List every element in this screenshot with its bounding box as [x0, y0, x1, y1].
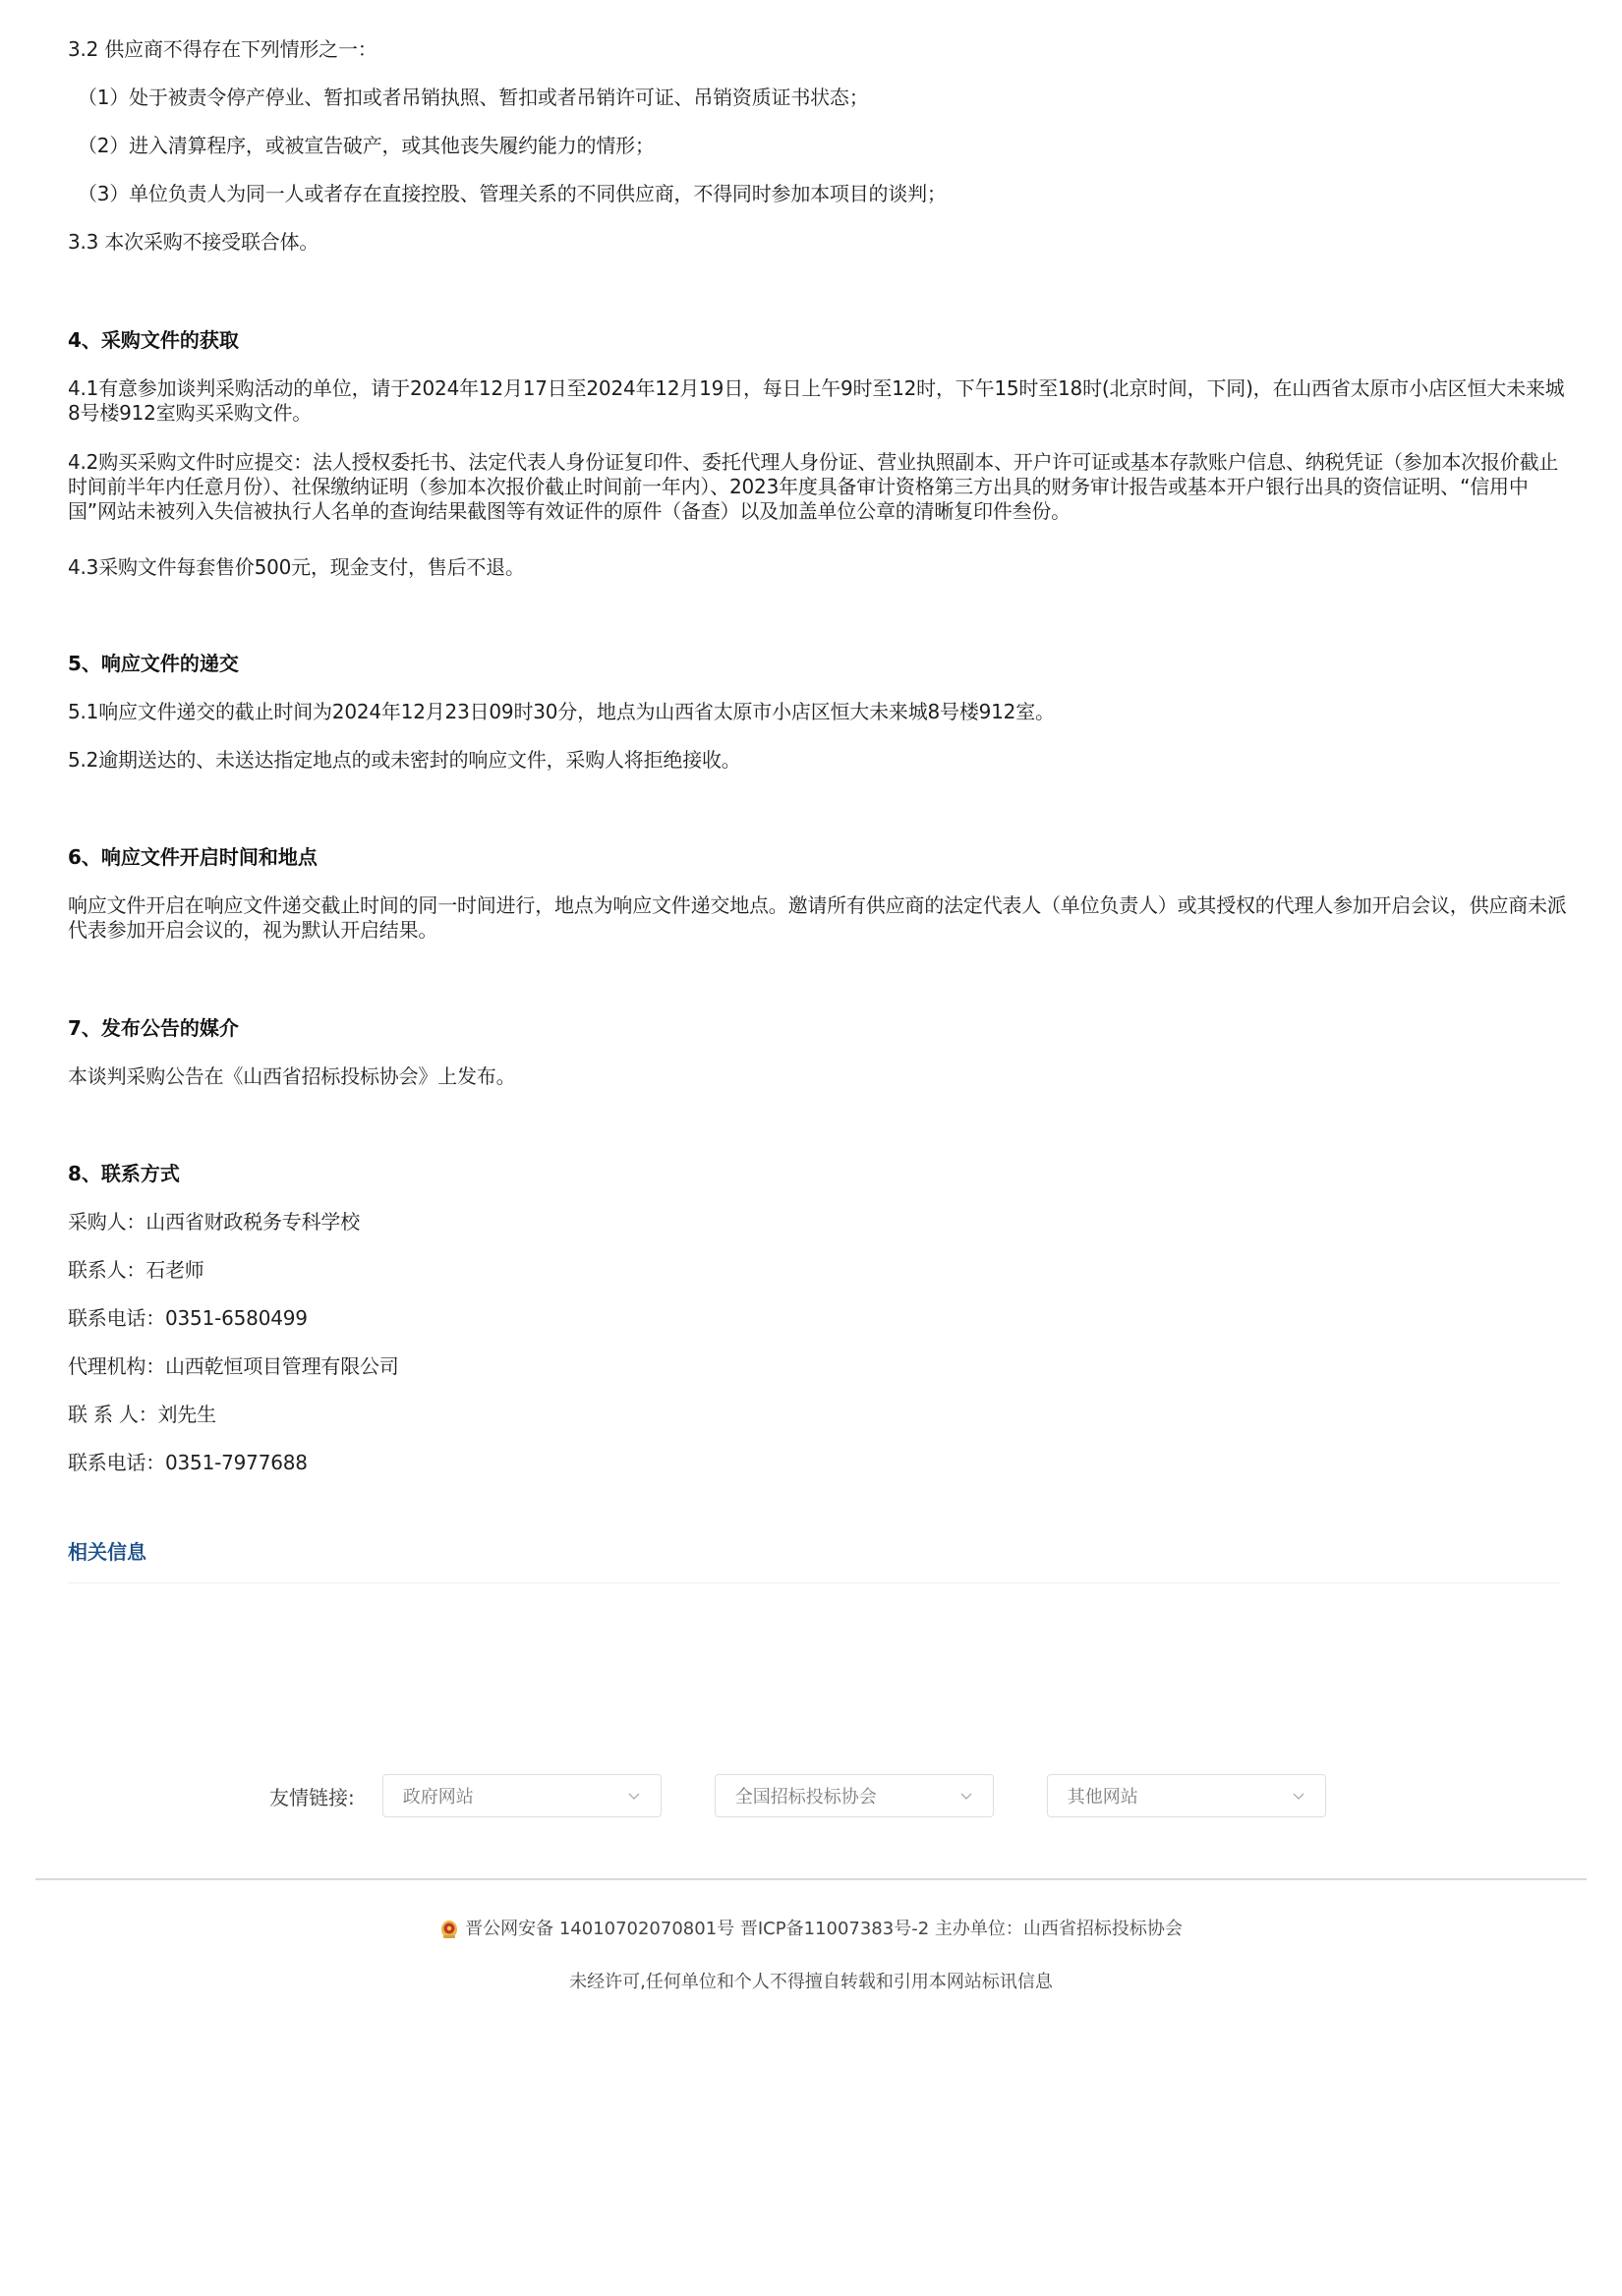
friendly-links-label: 友情链接: [269, 1782, 355, 1810]
related-info-divider [68, 1582, 1560, 1583]
footer-registration-text[interactable]: 晋公网安备 14010702070801号 晋ICP备11007383号-2 主… [465, 1917, 1183, 1942]
select-other-sites[interactable]: 其他网站 [1047, 1774, 1326, 1817]
list-item: （3）单位负责人为同一人或者存在直接控股、管理关系的不同供应商，不得同时参加本项… [78, 182, 1582, 206]
select-value: 其他网站 [1068, 1783, 1138, 1808]
contact-purchaser: 采购人：山西省财政税务专科学校 [68, 1210, 1572, 1234]
paragraph-5-1: 5.1响应文件递交的截止时间为2024年12月23日09时30分，地点为山西省太… [68, 700, 1572, 724]
select-value: 政府网站 [403, 1783, 474, 1808]
footer-divider [35, 1878, 1587, 1880]
police-badge-icon [439, 1919, 459, 1940]
chevron-down-icon [627, 1789, 641, 1803]
footer-copyright-notice: 未经许可,任何单位和个人不得擅自转载和引用本网站标讯信息 [0, 1970, 1622, 1995]
friendly-links: 友情链接: 政府网站 全国招标投标协会 其他网站 [269, 1773, 1326, 1818]
paragraph-4-1: 4.1有意参加谈判采购活动的单位，请于2024年12月17日至2024年12月1… [68, 376, 1572, 426]
list-item: （1）处于被责令停产停业、暂扣或者吊销执照、暂扣或者吊销许可证、吊销资质证书状态… [78, 86, 1582, 110]
paragraph-3-2: 3.2 供应商不得存在下列情形之一： [68, 37, 1572, 62]
paragraph-5-2: 5.2逾期送达的、未送达指定地点的或未密封的响应文件，采购人将拒绝接收。 [68, 748, 1572, 773]
contact-agency-person: 联 系 人：刘先生 [68, 1403, 1572, 1427]
section-heading-8: 8、联系方式 [68, 1162, 180, 1186]
select-value: 全国招标投标协会 [735, 1783, 877, 1808]
paragraph-4-2: 4.2购买采购文件时应提交：法人授权委托书、法定代表人身份证复印件、委托代理人身… [68, 450, 1572, 524]
list-item: （2）进入清算程序，或被宣告破产，或其他丧失履约能力的情形； [78, 134, 1582, 158]
paragraph-3-3: 3.3 本次采购不接受联合体。 [68, 230, 1572, 255]
select-government-sites[interactable]: 政府网站 [382, 1774, 662, 1817]
section-heading-7: 7、发布公告的媒介 [68, 1016, 239, 1041]
contact-phone: 联系电话：0351-6580499 [68, 1306, 1572, 1331]
chevron-down-icon [959, 1789, 973, 1803]
paragraph-6: 响应文件开启在响应文件递交截止时间的同一时间进行，地点为响应文件递交地点。邀请所… [68, 893, 1572, 943]
contact-person: 联系人：石老师 [68, 1258, 1572, 1283]
select-national-association[interactable]: 全国招标投标协会 [715, 1774, 994, 1817]
section-heading-6: 6、响应文件开启时间和地点 [68, 845, 318, 870]
section-heading-5: 5、响应文件的递交 [68, 652, 239, 676]
contact-agency: 代理机构：山西乾恒项目管理有限公司 [68, 1354, 1572, 1379]
chevron-down-icon [1292, 1789, 1305, 1803]
contact-agency-phone: 联系电话：0351-7977688 [68, 1451, 1572, 1475]
paragraph-4-3: 4.3采购文件每套售价500元，现金支付，售后不退。 [68, 555, 1572, 580]
footer-registration: 晋公网安备 14010702070801号 晋ICP备11007383号-2 主… [0, 1917, 1622, 1948]
section-heading-4: 4、采购文件的获取 [68, 328, 239, 353]
paragraph-7: 本谈判采购公告在《山西省招标投标协会》上发布。 [68, 1064, 1572, 1089]
related-info-title: 相关信息 [68, 1539, 146, 1565]
